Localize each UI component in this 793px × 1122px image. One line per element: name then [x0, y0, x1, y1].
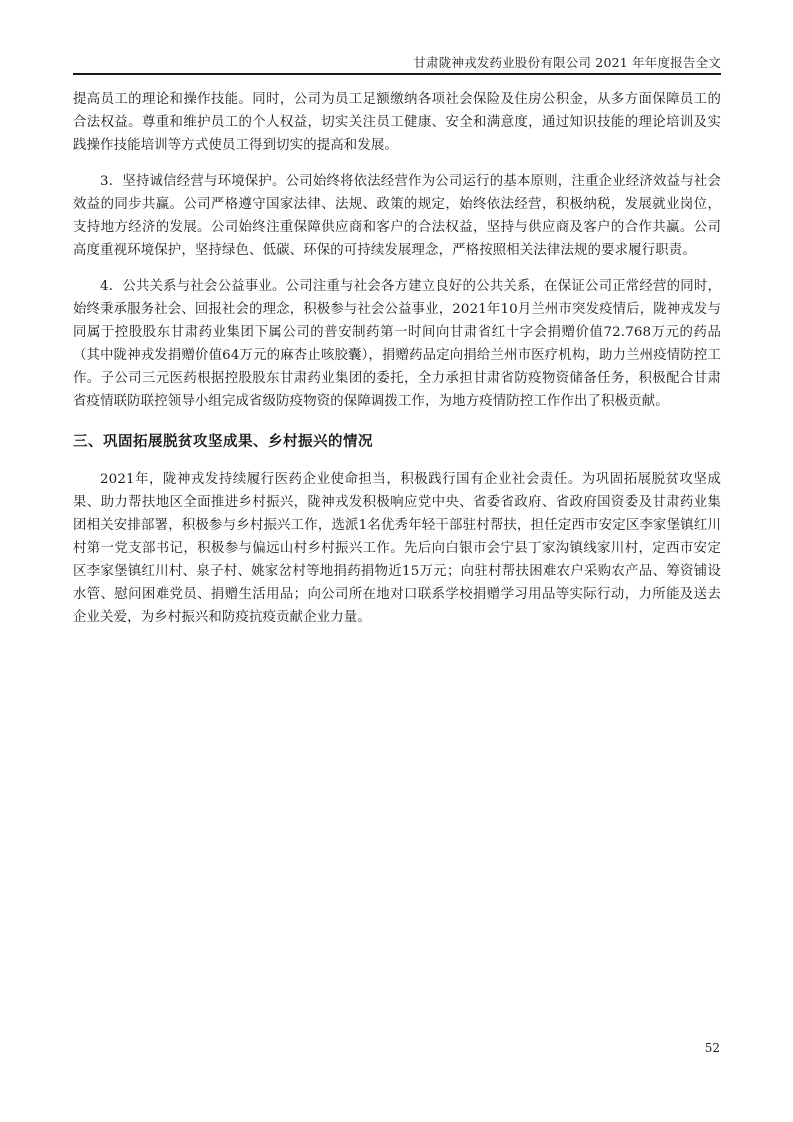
- paragraph-employee-training: 提高员工的理论和操作技能。同时，公司为员工足额缴纳各项社会保险及住房公积金，从多…: [73, 88, 721, 157]
- paragraph-public-welfare: 4．公共关系与社会公益事业。公司注重与社会各方建立良好的公共关系，在保证公司正常…: [73, 275, 721, 413]
- header-divider: [73, 73, 721, 75]
- paragraph-rural-revitalization: 2021年，陇神戎发持续履行医药企业使命担当，积极践行国有企业社会责任。为巩固拓…: [73, 468, 721, 629]
- running-header: 甘肃陇神戎发药业股份有限公司 2021 年年度报告全文: [73, 55, 721, 71]
- page-number: 52: [690, 1041, 720, 1055]
- section-heading-rural-revitalization: 三、巩固拓展脱贫攻坚成果、乡村振兴的情况: [73, 431, 721, 453]
- page-body: 提高员工的理论和操作技能。同时，公司为员工足额缴纳各项社会保险及住房公积金，从多…: [73, 88, 721, 629]
- paragraph-integrity-environment: 3．坚持诚信经营与环境保护。公司始终将依法经营作为公司运行的基本原则，注重企业经…: [73, 170, 721, 262]
